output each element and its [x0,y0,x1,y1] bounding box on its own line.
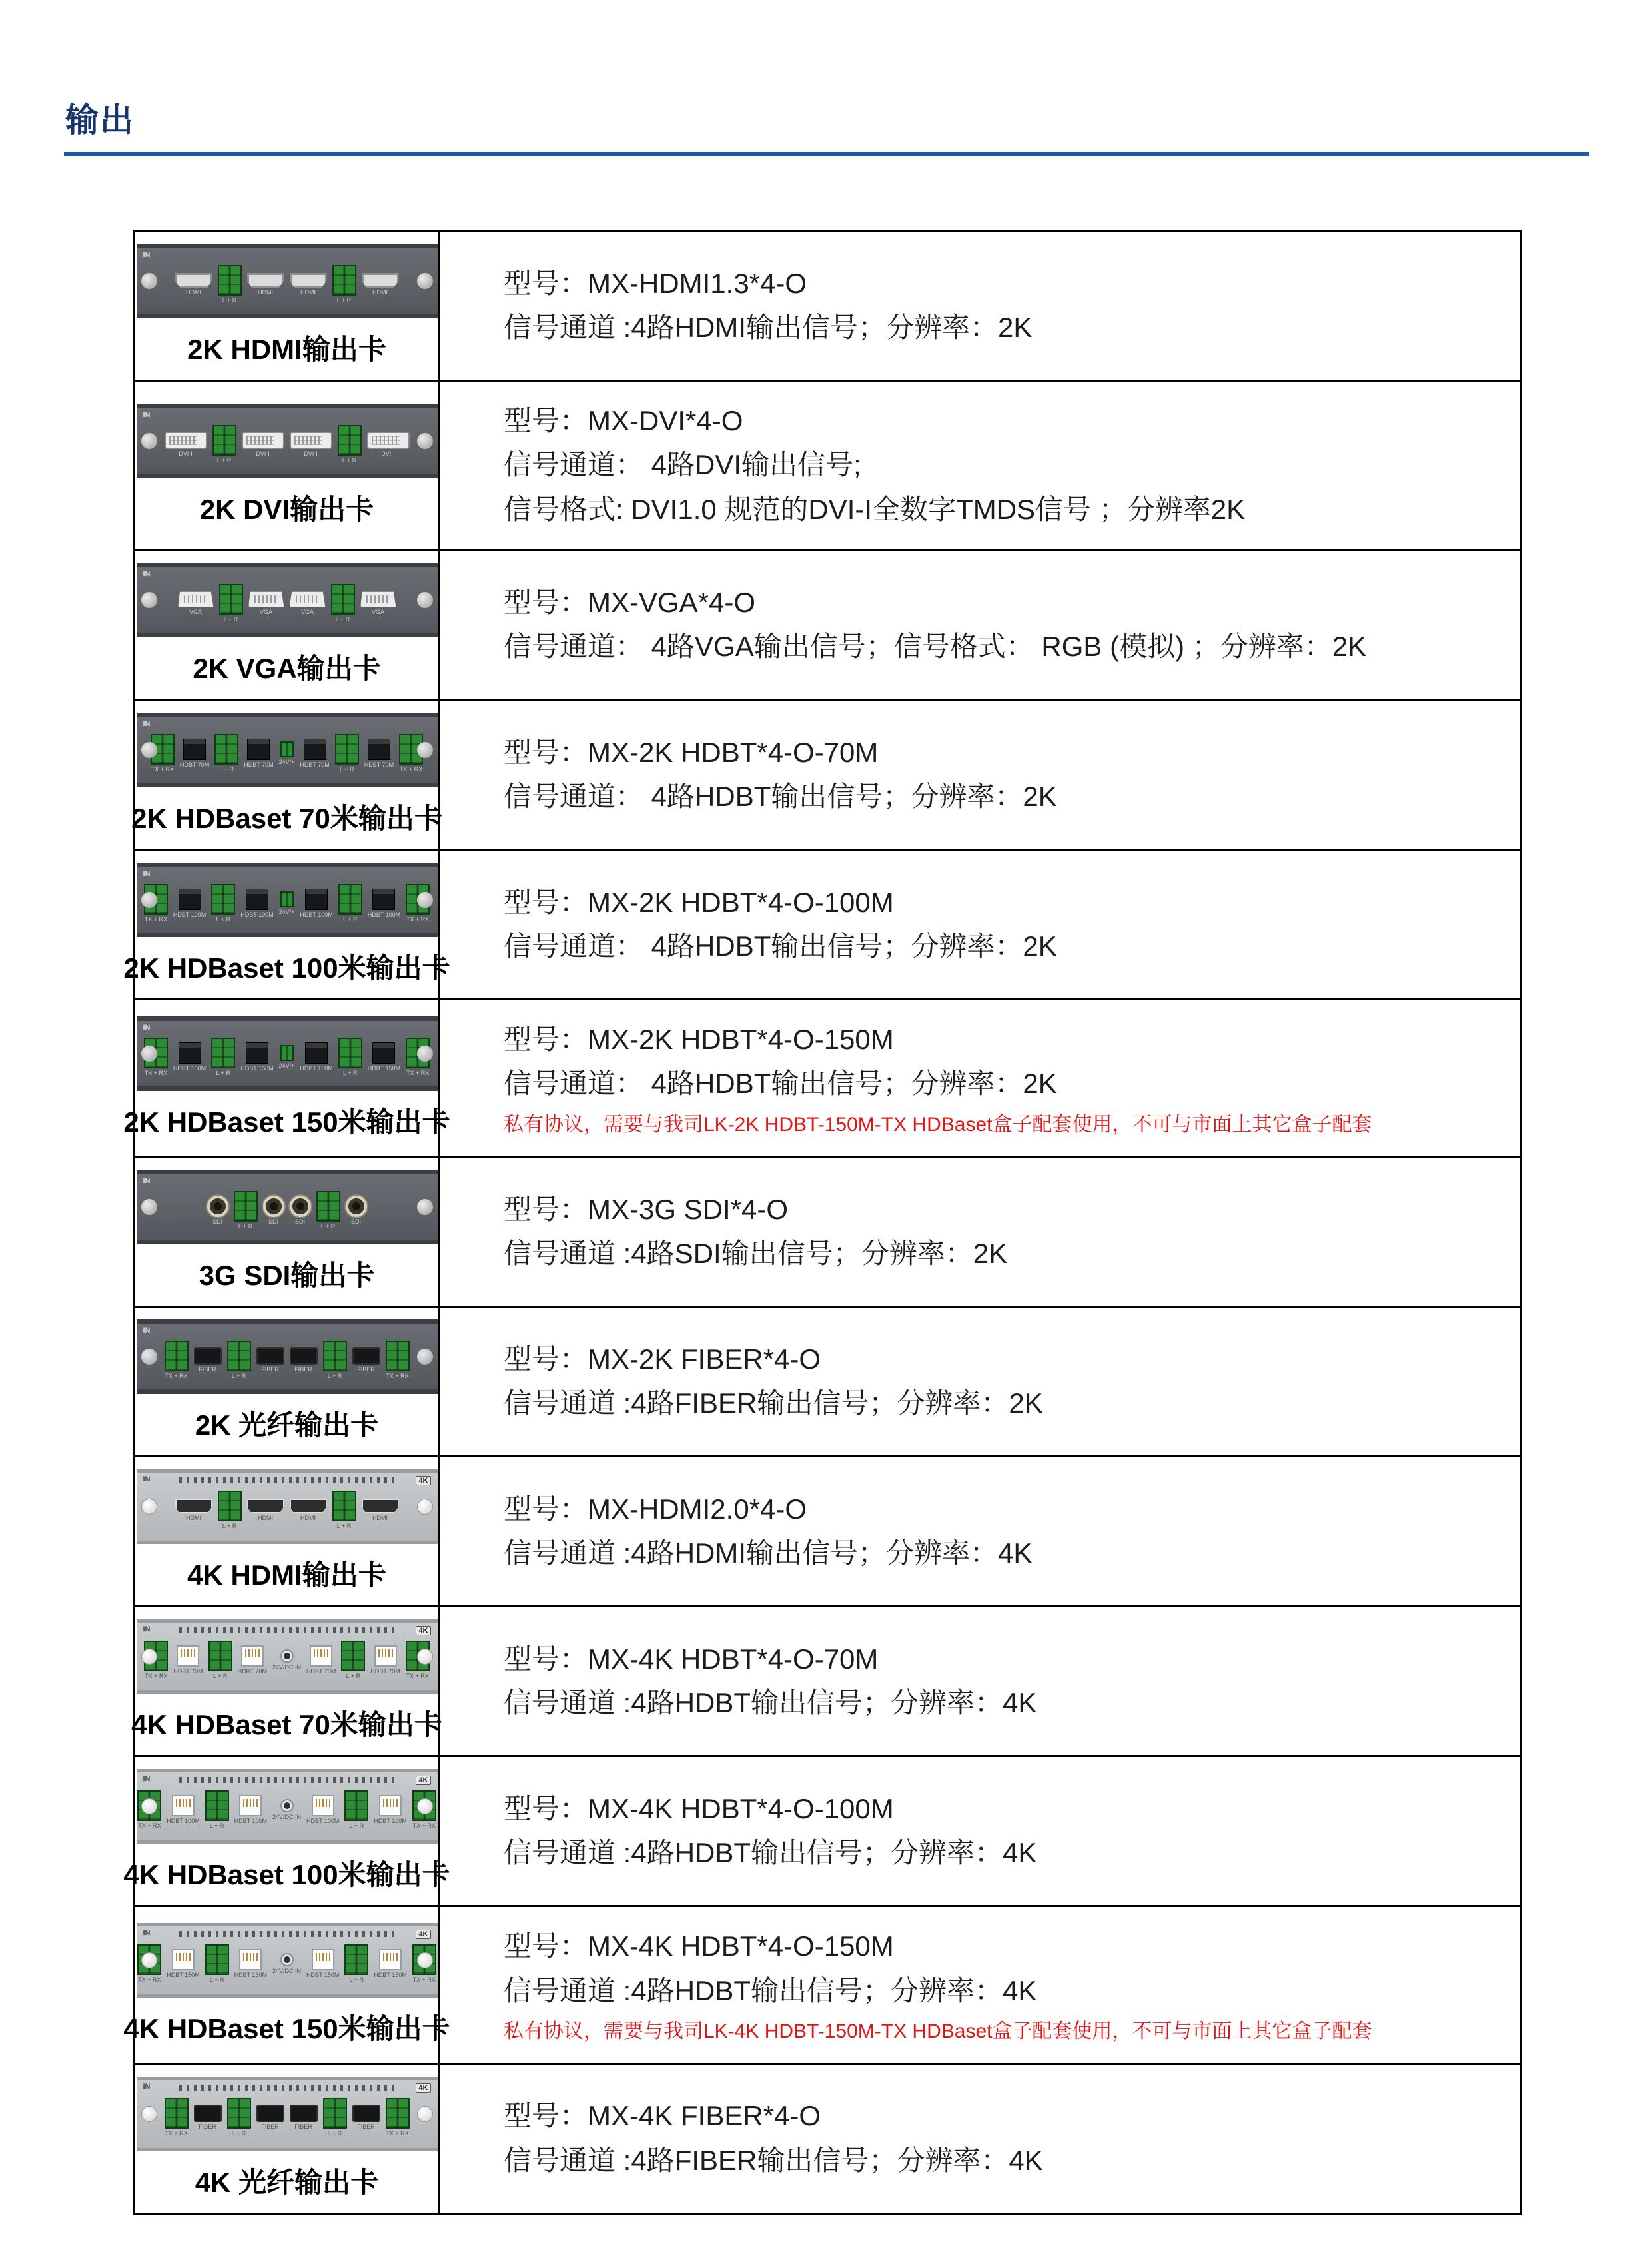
4k-badge: 4K [416,1776,430,1785]
port-label: TX + RX [400,767,422,773]
port-label: HDBT 150M [306,1972,339,1978]
terminal-port-icon [205,1944,229,1975]
fiber-port-icon [290,1347,318,1365]
terminal-port-icon [338,884,362,915]
vga-port: VGA [248,591,284,615]
port-label: TX + RX [151,767,174,773]
spec-cell: 型号：MX-DVI*4-O信号通道： 4路DVI输出信号;信号格式: DVI1.… [440,382,1520,549]
screw-icon [417,1798,433,1814]
terminal-port: TX + RX [386,2098,410,2137]
output-card-image: INDVI-IL + RDVI-IDVI-IL + RDVI-I [137,404,438,478]
model-text: 型号：MX-DVI*4-O [504,399,1493,443]
spec-line: 信号格式: DVI1.0 规范的DVI-I全数字TMDS信号 ；分辨率2K [504,488,1493,532]
model-text: 型号：MX-2K FIBER*4-O [504,1337,1493,1381]
terminal-port: L + R [338,884,362,923]
port-label: 24V/+ [279,759,295,765]
vga-port-icon [360,591,396,607]
port-label: TX + RX [406,1070,429,1076]
rj45-port-icon [310,1645,332,1667]
hdmi-port-icon [362,1499,399,1513]
port-label: L + R [343,917,357,923]
port-label: L + R [232,1373,246,1379]
rj45-port: HDBT 100M [374,1795,406,1824]
spec-cell: 型号：MX-2K HDBT*4-O-100M信号通道： 4路HDBT输出信号；分… [440,851,1520,998]
spec-cell: 型号：MX-VGA*4-O信号通道： 4路VGA输出信号；信号格式： RGB (… [440,551,1520,699]
terminal-port-icon [323,2098,347,2129]
hdmi-port-icon [290,1499,327,1513]
card-cell: INTX + RXFIBERL + RFIBERFIBERL + RFIBERT… [135,1308,440,1455]
port-label: SDI [351,1219,361,1225]
compat-note: 私有协议，需要与我司LK-4K HDBT-150M-TX HDBaset盒子配套… [504,2018,1493,2046]
rj45-port-icon [241,1645,264,1667]
rj45-port-icon [246,1042,268,1064]
terminal-port-icon [227,1341,251,1371]
output-card-image: INTX + RXFIBERL + RFIBERFIBERL + RFIBERT… [137,1319,438,1394]
bnc-port: SDI [263,1196,284,1225]
dvi-port: DVI-I [367,432,410,457]
title-underline-rule [64,152,1589,156]
dc-round-port: 24V/DC IN [272,1649,301,1671]
terminal-port-icon [331,584,355,615]
port-label: DVI-I [304,451,318,457]
card-cell: INTX + RXHDBT 150ML + RHDBT 150M24V/+HDB… [135,1000,440,1156]
card-cell: INDVI-IL + RDVI-IDVI-IL + RDVI-I2K DVI输出… [135,382,440,549]
port-row: DVI-IL + RDVI-IDVI-IL + RDVI-I [165,425,410,464]
spec-cell: 型号：MX-4K HDBT*4-O-100M信号通道 :4路HDBT输出信号；分… [440,1757,1520,1905]
spec-line: 信号通道： 4路HDBT输出信号；分辨率：2K [504,1062,1493,1106]
hdmi-port-icon [247,273,284,288]
card-name: 2K VGA输出卡 [193,647,380,687]
terminal-port-icon [386,2098,410,2129]
port-label: HDMI [300,290,316,296]
rj45-port: HDBT 70M [306,1645,336,1675]
rj45-port-icon [239,1949,262,1970]
port-label: HDBT 70M [364,762,394,768]
rj45-port-icon [372,1042,395,1064]
output-card-image: IN4KTX + RXHDBT 150ML + RHDBT 150M24V/DC… [137,1923,438,1998]
dc-round-port-icon [280,1953,294,1966]
card-corner-label: IN [143,1475,151,1483]
fiber-port: FIBER [194,2105,222,2130]
port-label: VGA [301,609,314,615]
spec-line: 信号通道 :4路HDMI输出信号；分辨率：4K [504,1531,1493,1575]
port-label: L + R [328,2131,342,2137]
port-label: SDI [268,1219,278,1225]
terminal-port-icon [227,2098,251,2129]
table-row: INTX + RXFIBERL + RFIBERFIBERL + RFIBERT… [135,1308,1520,1457]
hdmi-port: HDMI [362,273,399,296]
card-cell: IN4KTX + RXFIBERL + RFIBERFIBERL + RFIBE… [135,2065,440,2213]
spec-line: 信号通道 :4路HDBT输出信号；分辨率：4K [504,1969,1493,2013]
terminal-port-icon [205,1790,229,1821]
port-label: TX + RX [138,1977,161,1983]
terminal-port-icon [165,2098,189,2129]
page-title: 输出 [65,93,135,141]
terminal-port: L + R [218,265,242,304]
screw-icon [141,1349,157,1365]
terminal-port-icon [211,1038,235,1068]
port-label: L + R [210,1977,224,1983]
model-text: 型号：MX-4K HDBT*4-O-150M [504,1924,1493,1968]
table-row: INSDIL + RSDISDIL + RSDI3G SDI输出卡型号：MX-3… [135,1158,1520,1308]
rj45-port: HDBT 100M [173,889,206,918]
fiber-port-icon [290,2105,318,2122]
terminal-port: L + R [227,1341,251,1379]
terminal-port: L + R [323,1341,347,1379]
port-label: L + R [346,1673,360,1679]
port-label: 24V/DC IN [272,1814,301,1820]
port-label: TX + RX [386,2131,408,2137]
port-label: L + R [342,458,356,464]
fiber-port: FIBER [352,2105,380,2130]
rj45-port-icon [246,889,268,910]
screw-icon [141,1798,157,1814]
terminal-port: L + R [332,1491,356,1529]
port-label: L + R [213,1673,227,1679]
fiber-port-icon [256,1347,284,1365]
port-label: HDBT 150M [167,1972,199,1978]
port-label: SDI [295,1219,305,1225]
dvi-port: DVI-I [165,432,207,457]
terminal-port-icon [212,425,236,456]
port-label: TX + RX [145,1673,167,1679]
port-label: FIBER [199,2124,216,2130]
dvi-port-icon [367,432,410,449]
dc-green-port: 24V/+ [279,741,295,765]
screw-icon [141,1046,157,1062]
terminal-port: L + R [219,584,243,623]
output-card-image: INVGAL + RVGAVGAL + RVGA [137,563,438,637]
port-label: FIBER [294,1367,312,1373]
output-card-image: INSDIL + RSDISDIL + RSDI [137,1170,438,1244]
screw-icon [141,592,157,608]
port-label: HDBT 70M [306,1669,336,1675]
spec-line: 信号通道： 4路HDBT输出信号；分辨率：2K [504,925,1493,968]
table-row: IN4KTX + RXHDBT 70ML + RHDBT 70M24V/DC I… [135,1607,1520,1757]
bnc-port-icon [290,1196,311,1217]
port-row: TX + RXHDBT 70ML + RHDBT 70M24V/+HDBT 70… [151,734,423,773]
card-cell: IN4KTX + RXHDBT 70ML + RHDBT 70M24V/DC I… [135,1607,440,1755]
port-label: TX + RX [386,1373,408,1379]
spec-cell: 型号：MX-4K HDBT*4-O-70M信号通道 :4路HDBT输出信号；分辨… [440,1607,1520,1755]
port-label: HDBT 100M [306,1818,339,1824]
port-label: L + R [220,767,234,773]
port-label: VGA [260,609,272,615]
terminal-port: L + R [341,1641,365,1679]
rj45-port-icon [312,1795,334,1816]
port-label: HDBT 150M [173,1066,206,1072]
card-corner-label: IN [143,720,151,728]
screw-icon [141,892,157,908]
spec-table: INHDMIL + RHDMIHDMIL + RHDMI2K HDMI输出卡型号… [133,230,1522,2215]
screw-icon [417,742,433,758]
port-label: HDBT 100M [234,1818,267,1824]
screw-icon [417,1649,433,1665]
port-label: HDBT 70M [238,1669,267,1675]
port-label: L + R [336,617,350,623]
terminal-port-icon [341,1641,365,1671]
port-label: 24V/DC IN [272,1968,301,1974]
dc-green-port: 24V/+ [279,1045,295,1069]
port-label: HDBT 150M [234,1972,267,1978]
port-label: HDBT 150M [374,1972,406,1978]
output-card-image: INTX + RXHDBT 70ML + RHDBT 70M24V/+HDBT … [137,713,438,787]
model-text: 型号：MX-2K HDBT*4-O-100M [504,881,1493,925]
spec-line: 信号通道 :4路SDI输出信号；分辨率：2K [504,1232,1493,1276]
table-row: INTX + RXHDBT 150ML + RHDBT 150M24V/+HDB… [135,1000,1520,1158]
port-label: HDBT 150M [240,1066,273,1072]
card-cell: IN4KHDMIL + RHDMIHDMIL + RHDMI4K HDMI输出卡 [135,1457,440,1605]
vga-port-icon [248,591,284,607]
rj45-port-icon [179,1042,201,1064]
spec-cell: 型号：MX-4K HDBT*4-O-150M信号通道 :4路HDBT输出信号；分… [440,1907,1520,2062]
port-label: VGA [189,609,202,615]
port-label: L + R [232,2131,246,2137]
dc-round-port: 24V/DC IN [272,1953,301,1974]
hdmi-port: HDMI [175,273,212,296]
port-label: FIBER [199,1367,216,1373]
hdmi-port: HDMI [247,273,284,296]
port-label: HDBT 70M [370,1669,400,1675]
spec-line: 信号通道： 4路VGA输出信号；信号格式： RGB (模拟) ；分辨率：2K [504,625,1493,669]
model-text: 型号：MX-4K HDBT*4-O-70M [504,1637,1493,1681]
screw-icon [141,1649,157,1665]
dc-green-port-icon [280,891,294,907]
port-label: TX + RX [138,1823,161,1829]
rj45-port: HDBT 70M [244,739,273,768]
port-row: TX + RXHDBT 150ML + RHDBT 150M24V/DC INH… [137,1944,436,1983]
port-label: TX + RX [165,1373,187,1379]
bnc-port: SDI [207,1196,228,1225]
card-name: 2K HDBaset 150米输出卡 [123,1100,450,1140]
model-text: 型号：MX-HDMI2.0*4-O [504,1487,1493,1531]
terminal-port-icon [208,1641,232,1671]
rj45-port-icon [304,739,326,760]
card-corner-label: IN [143,1625,151,1633]
model-text: 型号：MX-HDMI1.3*4-O [504,262,1493,306]
rj45-port: HDBT 70M [370,1645,400,1675]
rj45-port: HDBT 150M [374,1949,406,1978]
port-label: HDMI [186,1515,201,1521]
terminal-port: L + R [234,1191,258,1230]
spec-line: 信号通道： 4路DVI输出信号; [504,443,1493,487]
port-label: L + R [224,617,238,623]
rj45-port-icon [183,739,206,760]
port-label: L + R [222,1523,236,1529]
port-row: VGAL + RVGAVGAL + RVGA [178,584,396,623]
port-label: 24V/+ [279,1063,295,1069]
card-name: 2K HDBaset 100米输出卡 [123,946,450,986]
terminal-port-icon [234,1191,258,1222]
port-label: FIBER [357,2124,375,2130]
table-row: IN4KTX + RXFIBERL + RFIBERFIBERL + RFIBE… [135,2065,1520,2213]
port-label: L + R [337,1523,351,1529]
card-corner-label: IN [143,1177,151,1185]
terminal-port: L + R [335,734,359,773]
screw-icon [417,2106,433,2122]
card-cell: IN4KTX + RXHDBT 100ML + RHDBT 100M24V/DC… [135,1757,440,1905]
screw-icon [141,433,157,449]
rj45-port: HDBT 150M [300,1042,332,1072]
rj45-port: HDBT 150M [167,1949,199,1978]
rj45-port: HDBT 100M [167,1795,199,1824]
vga-port: VGA [290,591,326,615]
port-label: HDBT 70M [180,762,209,768]
hdmi-port-icon [290,273,327,288]
bnc-port: SDI [290,1196,311,1225]
port-label: L + R [238,1224,252,1230]
port-row: TX + RXFIBERL + RFIBERFIBERL + RFIBERTX … [165,2098,410,2137]
rj45-port-icon [239,1795,262,1816]
card-name: 4K HDBaset 150米输出卡 [123,2007,450,2047]
terminal-port-icon [338,1038,362,1068]
terminal-port-icon [219,584,243,615]
port-label: HDBT 150M [300,1066,332,1072]
card-name: 2K HDBaset 70米输出卡 [131,797,442,837]
spec-cell: 型号：MX-HDMI1.3*4-O信号通道 :4路HDMI输出信号；分辨率：2K [440,232,1520,380]
rj45-port: HDBT 70M [300,739,329,768]
screw-icon [417,592,433,608]
screw-icon [417,892,433,908]
hdmi-port: HDMI [290,273,327,296]
port-label: HDBT 100M [240,912,273,918]
model-text: 型号：MX-2K HDBT*4-O-70M [504,731,1493,775]
port-label: HDBT 100M [167,1818,199,1824]
port-label: TX + RX [413,1823,436,1829]
terminal-port: L + R [205,1790,229,1829]
terminal-port-icon [335,734,359,765]
dc-green-port-icon [280,1045,294,1061]
fiber-port-icon [352,2105,380,2122]
terminal-port: L + R [338,1038,362,1076]
port-label: L + R [343,1070,357,1076]
spec-line: 信号通道 :4路HDBT输出信号；分辨率：4K [504,1831,1493,1875]
compat-note: 私有协议，需要与我司LK-2K HDBT-150M-TX HDBaset盒子配套… [504,1112,1493,1139]
terminal-port-icon [344,1944,368,1975]
port-row: TX + RXHDBT 150ML + RHDBT 150M24V/+HDBT … [144,1038,430,1076]
rj45-port: HDBT 70M [173,1645,203,1675]
card-cell: INVGAL + RVGAVGAL + RVGA2K VGA输出卡 [135,551,440,699]
output-card-image: IN4KTX + RXHDBT 70ML + RHDBT 70M24V/DC I… [137,1619,438,1694]
dvi-port-icon [242,432,284,449]
model-text: 型号：MX-VGA*4-O [504,581,1493,625]
port-label: 24V/+ [279,909,295,915]
port-label: HDBT 100M [173,912,206,918]
vga-port-icon [178,591,214,607]
terminal-port: L + R [338,425,362,464]
card-corner-label: IN [143,411,151,419]
port-label: L + R [210,1823,224,1829]
4k-badge: 4K [416,1930,430,1939]
card-name: 2K 光纤输出卡 [195,1403,378,1443]
fiber-port-icon [194,1347,222,1365]
card-corner-label: IN [143,2083,151,2091]
rj45-port: HDBT 100M [240,889,273,918]
rj45-port-icon [172,1795,195,1816]
table-row: IN4KTX + RXHDBT 150ML + RHDBT 150M24V/DC… [135,1907,1520,2064]
rj45-port-icon [305,1042,328,1064]
rj45-port: HDBT 150M [306,1949,339,1978]
rj45-port-icon [305,889,328,910]
port-label: DVI-I [256,451,270,457]
terminal-port-icon [218,265,242,296]
spec-cell: 型号：MX-HDMI2.0*4-O信号通道 :4路HDMI输出信号；分辨率：4K [440,1457,1520,1605]
vga-port: VGA [178,591,214,615]
terminal-port: TX + RX [386,1341,410,1379]
port-label: TX + RX [145,917,167,923]
dvi-port-icon [290,432,332,449]
terminal-port-icon [323,1341,347,1371]
rj45-port: HDBT 70M [180,739,209,768]
hdmi-port-icon [362,273,399,288]
port-label: HDBT 100M [374,1818,406,1824]
port-label: FIBER [261,1367,279,1373]
terminal-port: L + R [211,884,235,923]
dc-green-port: 24V/+ [279,891,295,915]
spec-cell: 型号：MX-2K HDBT*4-O-70M信号通道： 4路HDBT输出信号；分辨… [440,701,1520,849]
hdmi-port-icon [175,273,212,288]
card-cell: INTX + RXHDBT 100ML + RHDBT 100M24V/+HDB… [135,851,440,998]
hdmi-port: HDMI [247,1499,284,1521]
rj45-port: HDBT 100M [300,889,332,918]
hdmi-port-icon [175,1499,212,1513]
port-label: HDMI [258,290,273,296]
rj45-port: HDBT 100M [368,889,400,918]
card-name: 2K DVI输出卡 [200,488,374,528]
fiber-port: FIBER [290,1347,318,1373]
port-label: DVI-I [179,451,193,457]
spec-line: 信号通道 :4路FIBER输出信号；分辨率：2K [504,1381,1493,1425]
rj45-port-icon [374,1645,397,1667]
screw-icon [141,1199,157,1215]
spec-line: 信号通道 :4路HDMI输出信号；分辨率：2K [504,306,1493,350]
rj45-port-icon [179,889,201,910]
bnc-port-icon [207,1196,228,1217]
output-card-image: INTX + RXHDBT 150ML + RHDBT 150M24V/+HDB… [137,1016,438,1091]
card-corner-label: IN [143,251,151,259]
port-label: L + R [217,458,231,464]
card-cell: INSDIL + RSDISDIL + RSDI3G SDI输出卡 [135,1158,440,1306]
rj45-port: HDBT 70M [364,739,394,768]
rj45-port: HDBT 100M [306,1795,339,1824]
terminal-port: L + R [227,2098,251,2137]
screw-icon [417,273,433,289]
port-label: L + R [222,298,236,304]
port-label: L + R [216,917,230,923]
rj45-port: HDBT 70M [238,1645,267,1675]
terminal-port: L + R [212,425,236,464]
hdmi-port-icon [247,1499,284,1513]
terminal-port: L + R [205,1944,229,1983]
screw-icon [417,1499,433,1515]
terminal-port-icon [332,265,356,296]
port-label: TX + RX [165,2131,187,2137]
4k-badge: 4K [416,2083,430,2093]
terminal-port: L + R [344,1944,368,1983]
model-text: 型号：MX-3G SDI*4-O [504,1188,1493,1232]
fiber-port-icon [256,2105,284,2122]
rj45-port: HDBT 150M [240,1042,273,1072]
terminal-port: L + R [214,734,238,773]
output-card-image: IN4KTX + RXFIBERL + RFIBERFIBERL + RFIBE… [137,2077,438,2151]
terminal-port: L + R [344,1790,368,1829]
screw-icon [141,1952,157,1968]
hdmi-port: HDMI [290,1499,327,1521]
terminal-port: L + R [211,1038,235,1076]
screw-icon [141,273,157,289]
card-name: 4K HDBaset 70米输出卡 [131,1703,442,1743]
4k-badge: 4K [416,1476,430,1485]
